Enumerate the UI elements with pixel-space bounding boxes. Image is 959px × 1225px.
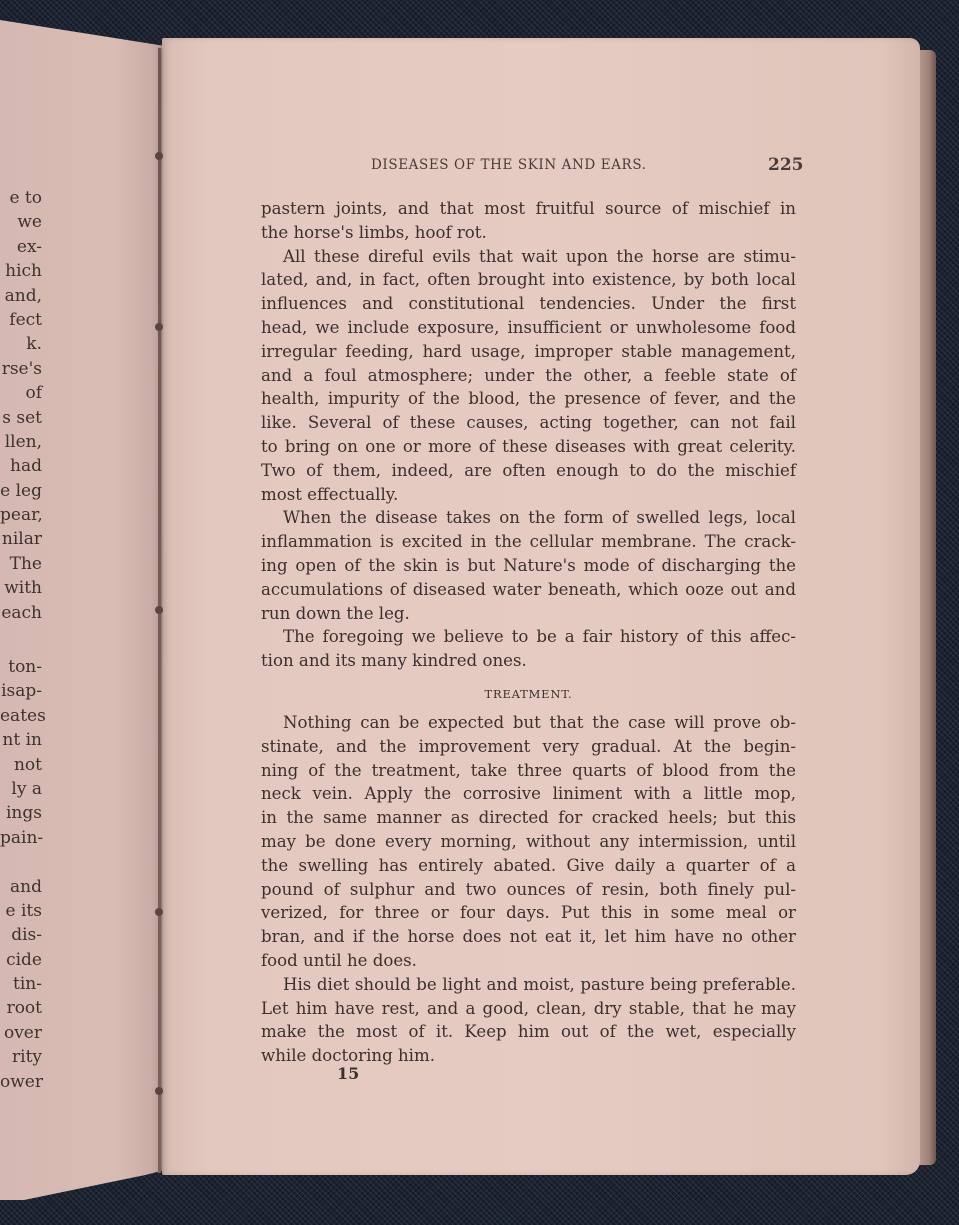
text-line: influences and constitutional tendencies… <box>261 292 796 316</box>
binding-stitch-icon <box>155 606 163 614</box>
text-line: All these direful evils that wait upon t… <box>261 245 796 269</box>
page-block-edge <box>918 50 936 1165</box>
left-page-text-lower: ton- isap- eates nt in not ly a ings pai… <box>0 655 42 1094</box>
running-head: DISEASES OF THE SKIN AND EARS. <box>371 157 647 173</box>
left-fragment: pear, <box>0 503 42 527</box>
text-line: head, we include exposure, insufficient … <box>261 316 796 340</box>
text-line: like. Several of these causes, acting to… <box>261 411 796 435</box>
paragraph: The foregoing we believe to be a fair hi… <box>261 625 796 673</box>
section-heading: TREATMENT. <box>261 673 796 711</box>
left-fragment: nt in <box>0 728 42 752</box>
left-fragment: cide <box>0 948 42 972</box>
left-fragment: e leg <box>0 479 42 503</box>
text-line: lated, and, in fact, often brought into … <box>261 268 796 292</box>
text-line: When the disease takes on the form of sw… <box>261 506 796 530</box>
left-fragment: e its <box>0 899 42 923</box>
text-line: bran, and if the horse does not eat it, … <box>261 925 796 949</box>
text-line: stinate, and the improvement very gradua… <box>261 735 796 759</box>
left-fragment: fect <box>0 308 42 332</box>
left-fragment: pain- <box>0 826 42 850</box>
left-fragment: hich <box>0 259 42 283</box>
binding-stitch-icon <box>155 1087 163 1095</box>
left-fragment: and, <box>0 284 42 308</box>
text-line: health, impurity of the blood, the prese… <box>261 387 796 411</box>
left-fragment: dis- <box>0 923 42 947</box>
text-line: His diet should be light and moist, past… <box>261 973 796 997</box>
left-fragment: with <box>0 576 42 600</box>
left-fragment: k. <box>0 332 42 356</box>
page-number: 225 <box>768 155 804 175</box>
paragraph: pastern joints, and that most fruitful s… <box>261 197 796 245</box>
left-fragment: eates <box>0 704 42 728</box>
text-line: inflammation is excited in the cellular … <box>261 530 796 554</box>
left-fragment: ex- <box>0 235 42 259</box>
left-fragment: nilar <box>0 527 42 551</box>
binding-stitch-icon <box>155 152 163 160</box>
text-line: Nothing can be expected but that the cas… <box>261 711 796 735</box>
left-fragment: rse's <box>0 357 42 381</box>
left-fragment: The <box>0 552 42 576</box>
left-fragment: isap- <box>0 679 42 703</box>
left-fragment: of <box>0 381 42 405</box>
binding-stitch-icon <box>155 323 163 331</box>
text-line: ning of the treatment, take three quarts… <box>261 759 796 783</box>
paragraph: When the disease takes on the form of sw… <box>261 506 796 625</box>
text-line: food until he does. <box>261 949 796 973</box>
text-line: pastern joints, and that most fruitful s… <box>261 197 796 221</box>
text-line: The foregoing we believe to be a fair hi… <box>261 625 796 649</box>
text-line: neck vein. Apply the corrosive liniment … <box>261 782 796 806</box>
text-line: Let him have rest, and a good, clean, dr… <box>261 997 796 1021</box>
text-line: most effectually. <box>261 483 796 507</box>
page-body: pastern joints, and that most fruitful s… <box>261 197 796 1068</box>
paragraph: His diet should be light and moist, past… <box>261 973 796 1068</box>
text-line: Two of them, indeed, are often enough to… <box>261 459 796 483</box>
left-fragment: over <box>0 1021 42 1045</box>
text-line: make the most of it. Keep him out of the… <box>261 1020 796 1044</box>
left-fragment: llen, <box>0 430 42 454</box>
left-fragment: root <box>0 996 42 1020</box>
text-line: irregular feeding, hard usage, improper … <box>261 340 796 364</box>
left-page-text-upper: e to we ex- hich and, fect k. rse's of s… <box>0 186 42 625</box>
binding-stitch-icon <box>155 908 163 916</box>
left-fragment: s set <box>0 406 42 430</box>
left-fragment: had <box>0 454 42 478</box>
left-fragment: each <box>0 601 42 625</box>
text-line: tion and its many kindred ones. <box>261 649 796 673</box>
left-fragment: we <box>0 210 42 234</box>
left-fragment: ings <box>0 801 42 825</box>
left-fragment: not <box>0 753 42 777</box>
text-line: run down the leg. <box>261 602 796 626</box>
signature-mark: 15 <box>337 1064 359 1083</box>
text-line: accumulations of diseased water beneath,… <box>261 578 796 602</box>
text-line: and a foul atmosphere; under the other, … <box>261 364 796 388</box>
left-fragment: rity <box>0 1045 42 1069</box>
left-fragment: ton- <box>0 655 42 679</box>
left-fragment: e to <box>0 186 42 210</box>
left-fragment: and <box>0 875 42 899</box>
paragraph: All these direful evils that wait upon t… <box>261 245 796 507</box>
left-fragment <box>0 850 42 874</box>
text-line: the swelling has entirely abated. Give d… <box>261 854 796 878</box>
left-fragment: tin- <box>0 972 42 996</box>
text-line: pound of sulphur and two ounces of resin… <box>261 878 796 902</box>
paragraph: Nothing can be expected but that the cas… <box>261 711 796 973</box>
text-line: ing open of the skin is but Nature's mod… <box>261 554 796 578</box>
text-line: verized, for three or four days. Put thi… <box>261 901 796 925</box>
text-line: may be done every morning, without any i… <box>261 830 796 854</box>
text-line: the horse's limbs, hoof rot. <box>261 221 796 245</box>
left-fragment: ower <box>0 1070 42 1094</box>
left-fragment: ly a <box>0 777 42 801</box>
text-line: to bring on one or more of these disease… <box>261 435 796 459</box>
text-line: in the same manner as directed for crack… <box>261 806 796 830</box>
